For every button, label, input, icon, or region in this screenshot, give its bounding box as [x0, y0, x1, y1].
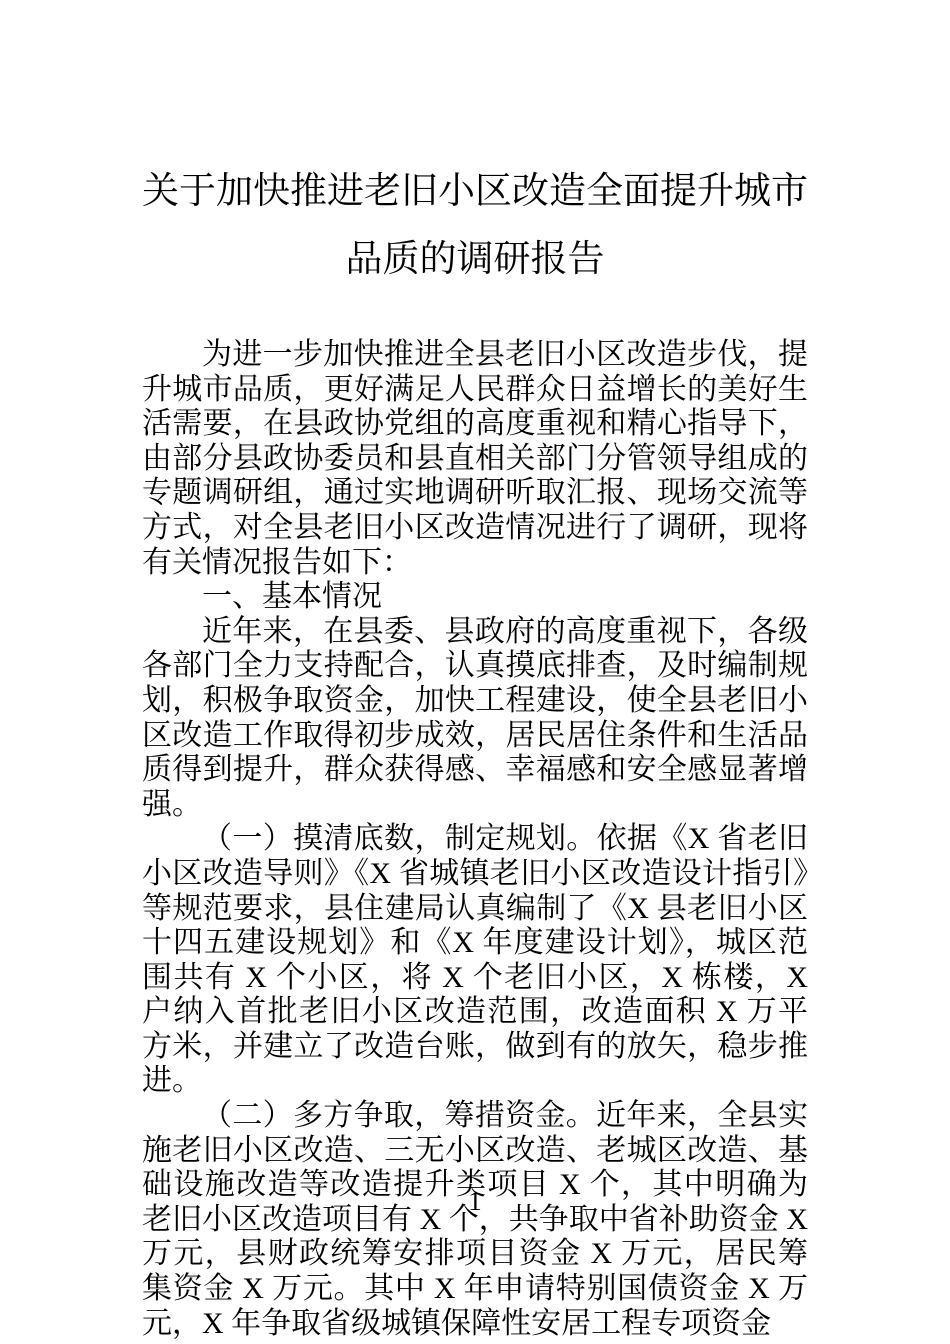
paragraph-item-1-planning: （一）摸清底数，制定规划。依据《X 省老旧小区改造导则》《X 省城镇老旧小区改造… — [142, 822, 808, 1099]
paragraph-intro: 为进一步加快推进全县老旧小区改造步伐，提升城市品质，更好满足人民群众日益增长的美… — [142, 338, 808, 580]
document-title-line-1: 关于加快推进老旧小区改造全面提升城市 — [0, 158, 950, 226]
paragraph-overview: 近年来，在县委、县政府的高度重视下，各级各部门全力支持配合，认真摸底排查，及时编… — [142, 615, 808, 823]
document-page: 关于加快推进老旧小区改造全面提升城市 品质的调研报告 为进一步加快推进全县老旧小… — [0, 0, 950, 1344]
document-title-line-2: 品质的调研报告 — [0, 226, 950, 294]
document-title: 关于加快推进老旧小区改造全面提升城市 品质的调研报告 — [0, 158, 950, 294]
page-number: 1 — [0, 1186, 950, 1216]
section-heading-basic-situation: 一、基本情况 — [142, 580, 808, 615]
paragraph-item-2-funding: （二）多方争取，筹措资金。近年来，全县实施老旧小区改造、三无小区改造、老城区改造… — [142, 1099, 808, 1341]
